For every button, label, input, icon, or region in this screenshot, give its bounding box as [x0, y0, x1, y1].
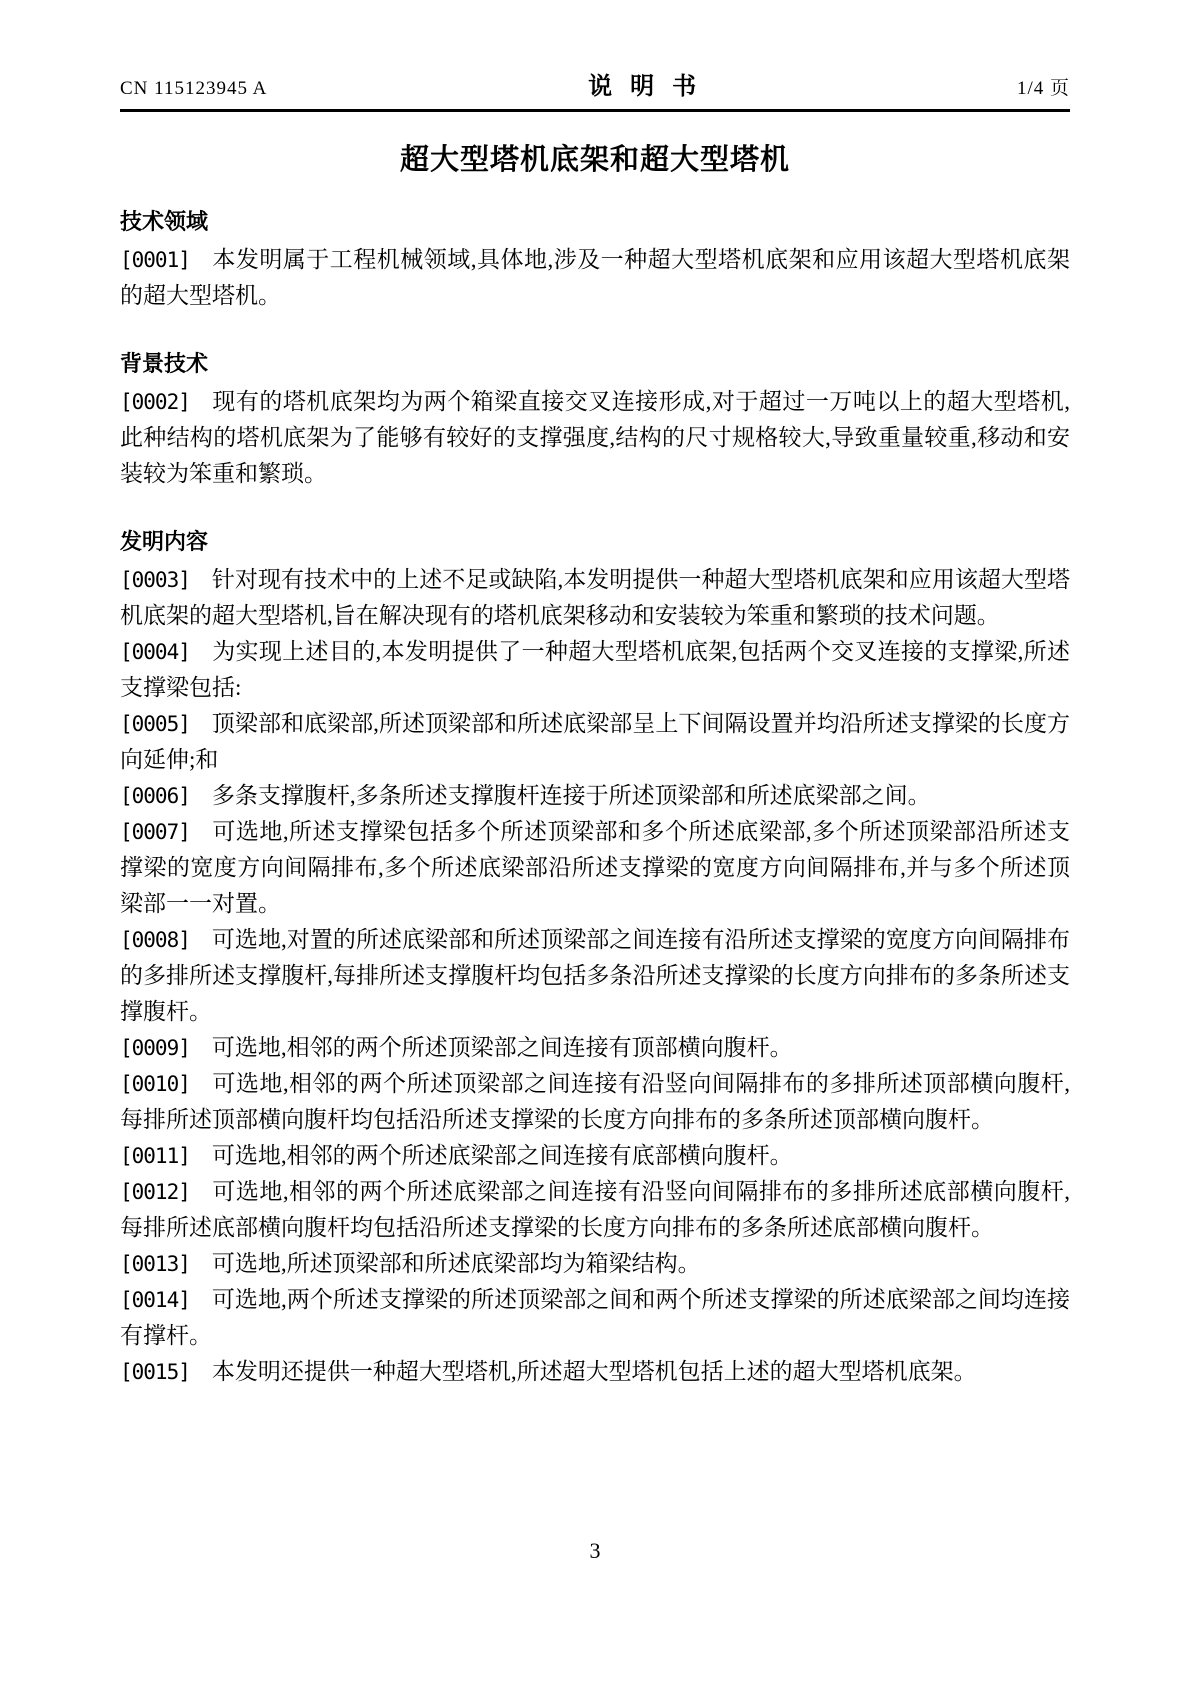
- publication-number: CN 115123945 A: [120, 78, 267, 100]
- paragraph-text: 可选地,相邻的两个所述底梁部之间连接有沿竖向间隔排布的多排所述底部横向腹杆,每排…: [120, 1179, 1070, 1240]
- page-indicator: 1/4 页: [1017, 73, 1070, 100]
- paragraph-number: [0010]: [120, 1072, 190, 1096]
- paragraph-text: 顶梁部和底梁部,所述顶梁部和所述底梁部呈上下间隔设置并均沿所述支撑梁的长度方向延…: [120, 711, 1070, 772]
- paragraph: [0001]本发明属于工程机械领域,具体地,涉及一种超大型塔机底架和应用该超大型…: [120, 242, 1070, 314]
- paragraph-number: [0004]: [120, 640, 190, 664]
- page-header: CN 115123945 A 说明书 1/4 页: [120, 0, 1070, 101]
- section-heading: 背景技术: [120, 350, 1070, 378]
- paragraph-text: 本发明属于工程机械领域,具体地,涉及一种超大型塔机底架和应用该超大型塔机底架的超…: [120, 247, 1070, 308]
- paragraph: [0003]针对现有技术中的上述不足或缺陷,本发明提供一种超大型塔机底架和应用该…: [120, 562, 1070, 634]
- section: 技术领域[0001]本发明属于工程机械领域,具体地,涉及一种超大型塔机底架和应用…: [120, 208, 1070, 314]
- paragraph: [0004]为实现上述目的,本发明提供了一种超大型塔机底架,包括两个交叉连接的支…: [120, 634, 1070, 706]
- paragraph: [0005]顶梁部和底梁部,所述顶梁部和所述底梁部呈上下间隔设置并均沿所述支撑梁…: [120, 706, 1070, 778]
- header-rule: [120, 109, 1070, 112]
- paragraph: [0012]可选地,相邻的两个所述底梁部之间连接有沿竖向间隔排布的多排所述底部横…: [120, 1174, 1070, 1246]
- paragraph-text: 现有的塔机底架均为两个箱梁直接交叉连接形成,对于超过一万吨以上的超大型塔机,此种…: [120, 389, 1070, 486]
- paragraph-text: 为实现上述目的,本发明提供了一种超大型塔机底架,包括两个交叉连接的支撑梁,所述支…: [120, 639, 1070, 700]
- paragraph-number: [0006]: [120, 784, 190, 808]
- paragraph-text: 可选地,对置的所述底梁部和所述顶梁部之间连接有沿所述支撑梁的宽度方向间隔排布的多…: [120, 927, 1070, 1024]
- paragraph-text: 可选地,相邻的两个所述顶梁部之间连接有沿竖向间隔排布的多排所述顶部横向腹杆,每排…: [120, 1071, 1070, 1132]
- paragraph-text: 可选地,所述顶梁部和所述底梁部均为箱梁结构。: [212, 1251, 701, 1276]
- paragraph-text: 多条支撑腹杆,多条所述支撑腹杆连接于所述顶梁部和所述底梁部之间。: [212, 783, 931, 808]
- patent-specification-page: CN 115123945 A 说明书 1/4 页 超大型塔机底架和超大型塔机 技…: [0, 0, 1190, 1684]
- paragraph-number: [0007]: [120, 820, 190, 844]
- paragraph: [0009]可选地,相邻的两个所述顶梁部之间连接有顶部横向腹杆。: [120, 1030, 1070, 1066]
- paragraph: [0014]可选地,两个所述支撑梁的所述顶梁部之间和两个所述支撑梁的所述底梁部之…: [120, 1282, 1070, 1354]
- paragraph: [0015]本发明还提供一种超大型塔机,所述超大型塔机包括上述的超大型塔机底架。: [120, 1354, 1070, 1390]
- paragraph-number: [0003]: [120, 568, 190, 592]
- document-type-label: 说明书: [570, 66, 714, 101]
- paragraph: [0006]多条支撑腹杆,多条所述支撑腹杆连接于所述顶梁部和所述底梁部之间。: [120, 778, 1070, 814]
- paragraph-text: 可选地,所述支撑梁包括多个所述顶梁部和多个所述底梁部,多个所述顶梁部沿所述支撑梁…: [120, 819, 1070, 916]
- paragraph-text: 本发明还提供一种超大型塔机,所述超大型塔机包括上述的超大型塔机底架。: [212, 1359, 977, 1384]
- paragraph: [0007]可选地,所述支撑梁包括多个所述顶梁部和多个所述底梁部,多个所述顶梁部…: [120, 814, 1070, 922]
- paragraph: [0010]可选地,相邻的两个所述顶梁部之间连接有沿竖向间隔排布的多排所述顶部横…: [120, 1066, 1070, 1138]
- paragraph-number: [0015]: [120, 1360, 190, 1384]
- paragraph-number: [0014]: [120, 1288, 190, 1312]
- paragraph: [0013]可选地,所述顶梁部和所述底梁部均为箱梁结构。: [120, 1246, 1070, 1282]
- paragraph-text: 可选地,相邻的两个所述底梁部之间连接有底部横向腹杆。: [212, 1143, 793, 1168]
- paragraph-number: [0005]: [120, 712, 190, 736]
- section-heading: 发明内容: [120, 528, 1070, 556]
- paragraph-number: [0011]: [120, 1144, 190, 1168]
- section: 发明内容[0003]针对现有技术中的上述不足或缺陷,本发明提供一种超大型塔机底架…: [120, 528, 1070, 1390]
- paragraph-number: [0001]: [120, 248, 190, 272]
- paragraph-number: [0009]: [120, 1036, 190, 1060]
- paragraph-number: [0012]: [120, 1180, 190, 1204]
- paragraph-number: [0002]: [120, 390, 190, 414]
- invention-title: 超大型塔机底架和超大型塔机: [120, 142, 1070, 178]
- paragraph-text: 可选地,相邻的两个所述顶梁部之间连接有顶部横向腹杆。: [212, 1035, 793, 1060]
- section: 背景技术[0002]现有的塔机底架均为两个箱梁直接交叉连接形成,对于超过一万吨以…: [120, 350, 1070, 492]
- paragraph: [0008]可选地,对置的所述底梁部和所述顶梁部之间连接有沿所述支撑梁的宽度方向…: [120, 922, 1070, 1030]
- paragraph-number: [0008]: [120, 928, 190, 952]
- paragraph-text: 可选地,两个所述支撑梁的所述顶梁部之间和两个所述支撑梁的所述底梁部之间均连接有撑…: [120, 1287, 1070, 1348]
- paragraph: [0002]现有的塔机底架均为两个箱梁直接交叉连接形成,对于超过一万吨以上的超大…: [120, 384, 1070, 492]
- paragraph: [0011]可选地,相邻的两个所述底梁部之间连接有底部横向腹杆。: [120, 1138, 1070, 1174]
- document-body: 技术领域[0001]本发明属于工程机械领域,具体地,涉及一种超大型塔机底架和应用…: [120, 208, 1070, 1390]
- section-heading: 技术领域: [120, 208, 1070, 236]
- page-number: 3: [590, 1538, 601, 1563]
- paragraph-number: [0013]: [120, 1252, 190, 1276]
- paragraph-text: 针对现有技术中的上述不足或缺陷,本发明提供一种超大型塔机底架和应用该超大型塔机底…: [120, 567, 1070, 628]
- page-footer: 3: [0, 1538, 1190, 1564]
